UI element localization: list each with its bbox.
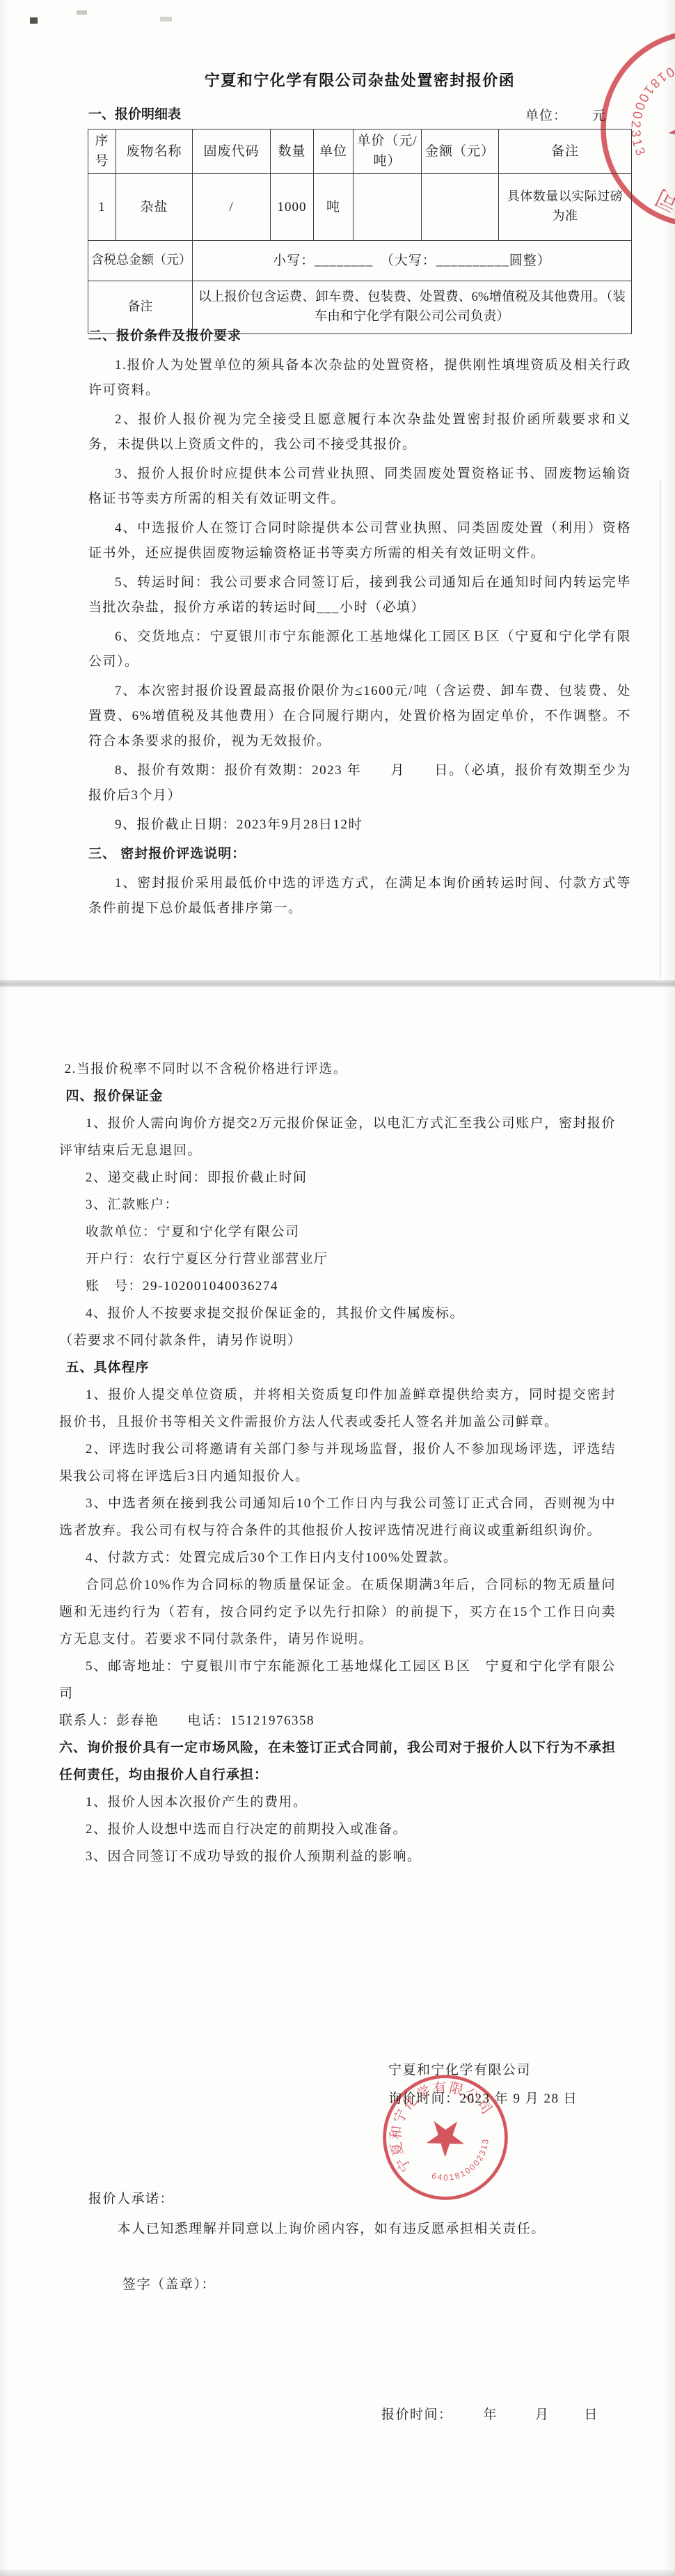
paragraph: 4、付款方式：处置完成后30个工作日内支付100%处置款。 xyxy=(59,1544,616,1571)
month-label: 月 xyxy=(535,2408,550,2422)
cell-seq: 1 xyxy=(88,173,116,240)
header-waste-code: 固废代码 xyxy=(193,129,271,174)
paragraph: 3、中选者须在接到我公司通知后10个工作日内与我公司签订正式合同，否则视为中选者… xyxy=(59,1490,616,1544)
paragraph: 1、报价人提交单位资质，并将相关资质复印件加盖鲜章提供给卖方，同时提交密封报价书… xyxy=(59,1381,616,1436)
paragraph: 7、本次密封报价设置最高报价限价为≤1600元/吨（含运费、卸车费、包装费、处置… xyxy=(88,679,631,754)
contact-line: 联系人：彭春艳 电话：15121976358 xyxy=(59,1707,616,1734)
cell-unit-price-blank xyxy=(354,173,422,240)
paragraph: 2、报价人设想中选而自行决定的前期投入或准备。 xyxy=(59,1816,616,1843)
paragraph: 4、报价人不按要求提交报价保证金的，其报价文件属废标。 xyxy=(59,1300,616,1327)
bank-account-line: 账 号：29-102001040036274 xyxy=(59,1273,616,1300)
bank-payee-line: 收款单位：宁夏和宁化学有限公司 xyxy=(59,1218,616,1246)
quote-time-label: 报价时间： xyxy=(381,2408,453,2422)
cell-quantity: 1000 xyxy=(271,173,314,240)
paragraph: 3、报价人报价时应提供本公司营业执照、同类固废处置资格证书、固废物运输资格证书等… xyxy=(88,462,631,512)
paragraph: 3、汇款账户： xyxy=(59,1191,616,1218)
page-1-body: 二、报价条件及报价要求 1.报价人为处置单位的须具备本次杂盐的处置资格，提供刚性… xyxy=(88,324,631,925)
paragraph: 5、转运时间：我公司要求合同签订后，接到我公司通知后在通知时间内转运完毕当批次杂… xyxy=(88,570,631,620)
header-seq: 序号 xyxy=(88,129,116,174)
paragraph: 4、中选报价人在签订合同时除提供本公司营业执照、同类固废处置（利用）资格证书外，… xyxy=(88,516,631,566)
paragraph: 6、交货地点：宁夏银川市宁东能源化工基地煤化工园区Ｂ区（宁夏和宁化学有限公司）。 xyxy=(88,625,631,675)
scan-crease-line xyxy=(660,480,661,979)
paragraph: 3、因合同签订不成功导致的报价人预期利益的影响。 xyxy=(59,1843,616,1870)
page-separator xyxy=(0,980,675,987)
header-amount: 金额（元） xyxy=(422,129,499,174)
cell-amount-blank xyxy=(422,173,499,240)
star-icon xyxy=(663,91,675,170)
mailing-address-line: 5、邮寄地址：宁夏银川市宁东能源化工基地煤化工园区Ｂ区 宁夏和宁化学有限公司 xyxy=(59,1653,616,1707)
paragraph: 8、报价有效期：报价有效期：2023 年 月 日。（必填，报价有效期至少为报价后… xyxy=(88,758,631,808)
day-label: 日 xyxy=(585,2408,599,2422)
page-1: 宁夏和宁化学有限公司 6401810002313 宁夏和宁化学有限公司杂盐处置密… xyxy=(0,0,675,980)
star-icon xyxy=(418,2110,470,2161)
promise-heading: 报价人承诺： xyxy=(88,2188,174,2207)
sign-seal-label: 签字（盖章）： xyxy=(122,2274,216,2293)
paragraph: 1、报价人需向询价方提交2万元报价保证金，以电汇方式汇至我公司账户，密封报价评审… xyxy=(59,1110,616,1164)
scan-corner-mark xyxy=(30,17,38,24)
total-label: 含税总金额（元） xyxy=(88,240,193,281)
quote-time-line: 报价时间：年月日 xyxy=(381,2404,598,2423)
unit-label: 单位： xyxy=(525,109,567,123)
table-data-row: 1 杂盐 / 1000 吨 具体数量以实际过磅为准 xyxy=(88,173,632,240)
table-total-row: 含税总金额（元） 小写：________ （大写：__________圆整） xyxy=(88,240,632,281)
promise-body: 本人已知悉理解并同意以上询价函内容，如有违反愿承担相关责任。 xyxy=(88,2218,546,2237)
paragraph: 2.当报价税率不同时以不含税价格进行评选。 xyxy=(59,1055,616,1083)
header-unit: 单位 xyxy=(314,129,354,174)
paragraph: 9、报价截止日期：2023年9月28日12时 xyxy=(88,812,631,838)
unit-value: 元 xyxy=(592,109,606,123)
header-waste-name: 废物名称 xyxy=(116,129,193,174)
section-1-heading: 一、报价明细表 xyxy=(88,107,181,122)
section-3-heading: 三、 密封报价评选说明： xyxy=(88,842,631,867)
table-header-row: 序号 废物名称 固废代码 数量 单位 单价（元/吨） 金额（元） 备注 xyxy=(88,129,632,174)
unit-row: 单位：元 xyxy=(525,105,606,124)
page-2-body: 2.当报价税率不同时以不含税价格进行评选。 四、报价保证金 1、报价人需向询价方… xyxy=(59,1055,616,1870)
header-unit-price: 单价（元/吨） xyxy=(354,129,422,174)
section-4-heading: 四、报价保证金 xyxy=(59,1083,616,1110)
bank-name-line: 开户行：农行宁夏区分行营业部营业厅 xyxy=(59,1246,616,1273)
document-title: 宁夏和宁化学有限公司杂盐处置密封报价函 xyxy=(88,69,631,91)
section-6-intro: 六、询价报价具有一定市场风险，在未签订正式合同前，我公司对于报价人以下行为不承担… xyxy=(59,1734,616,1789)
header-remark: 备注 xyxy=(499,129,632,174)
cell-unit: 吨 xyxy=(314,173,354,240)
scanned-quotation-document: 宁夏和宁化学有限公司 6401810002313 宁夏和宁化学有限公司杂盐处置密… xyxy=(0,0,675,2576)
paragraph: 1.报价人为处置单位的须具备本次杂盐的处置资格，提供刚性填埋资质及相关行政许可资… xyxy=(88,353,631,403)
scan-bottom-edge xyxy=(0,2570,675,2576)
section-2-heading: 二、报价条件及报价要求 xyxy=(88,324,631,349)
year-label: 年 xyxy=(484,2408,498,2422)
cell-remark: 具体数量以实际过磅为准 xyxy=(499,173,632,240)
scan-corner-mark xyxy=(160,17,172,22)
total-value-blanks: 小写：________ （大写：__________圆整） xyxy=(193,240,632,281)
paragraph: 2、评选时我公司将邀请有关部门参与并现场监督，报价人不参加现场评选，评选结果我公… xyxy=(59,1436,616,1490)
cell-waste-code: / xyxy=(193,173,271,240)
paragraph: 1、报价人因本次报价产生的费用。 xyxy=(59,1789,616,1816)
scan-corner-mark xyxy=(77,10,87,15)
quotation-detail-table: 序号 废物名称 固废代码 数量 单位 单价（元/吨） 金额（元） 备注 1 杂盐… xyxy=(88,129,632,334)
paragraph: 合同总价10%作为合同标的物质量保证金。在质保期满3年后，合同标的物无质量问题和… xyxy=(59,1571,616,1653)
paragraph: 2、报价人报价视为完全接受且愿意履行本次杂盐处置密封报价函所载要求和义务，未提供… xyxy=(88,407,631,457)
cell-waste-name: 杂盐 xyxy=(116,173,193,240)
paragraph: （若要求不同付款条件，请另作说明） xyxy=(59,1327,616,1354)
section-5-heading: 五、具体程序 xyxy=(59,1354,616,1381)
page-2: 2.当报价税率不同时以不含税价格进行评选。 四、报价保证金 1、报价人需向询价方… xyxy=(0,987,675,2570)
paragraph: 1、密封报价采用最低价中选的评选方式，在满足本询价函转运时间、付款方式等条件前提… xyxy=(88,871,631,921)
header-quantity: 数量 xyxy=(271,129,314,174)
section-1-row: 一、报价明细表 单位：元 xyxy=(88,104,631,123)
paragraph: 2、递交截止时间：即报价截止时间 xyxy=(59,1164,616,1191)
